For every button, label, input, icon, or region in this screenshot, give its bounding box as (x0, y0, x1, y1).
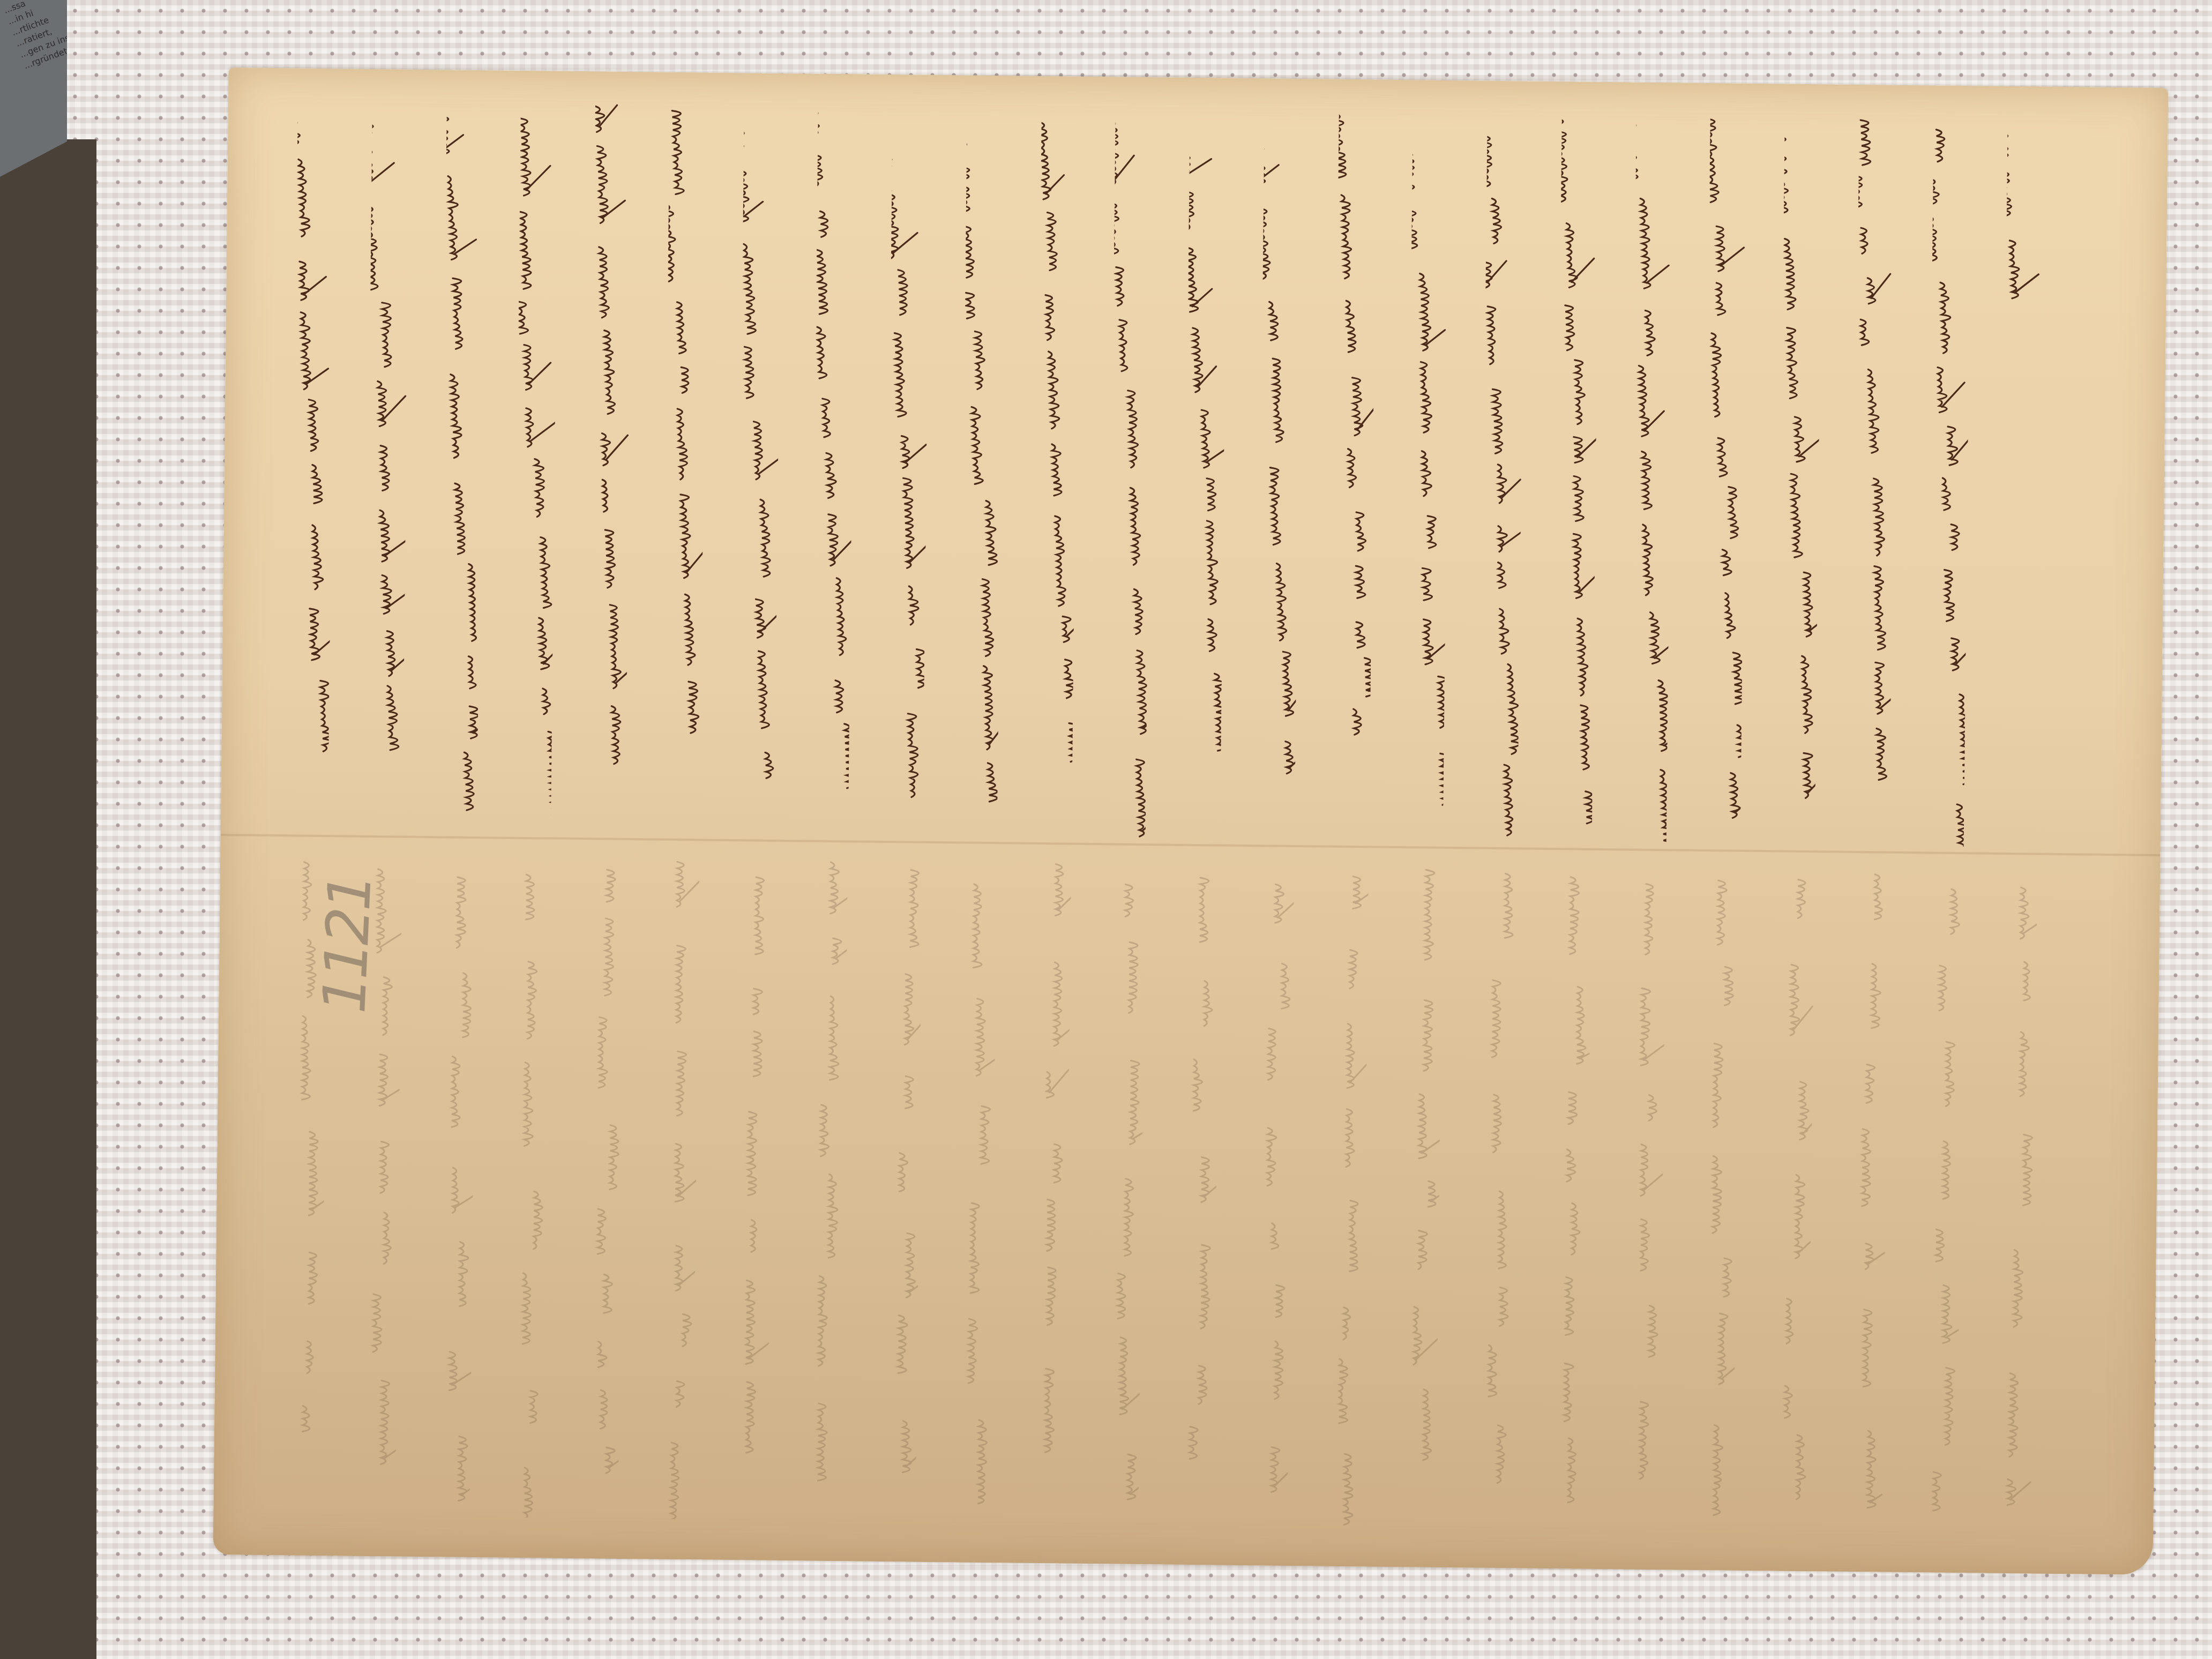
handwritten-line (439, 91, 484, 831)
handwritten-line (1406, 101, 1451, 841)
bleed-through-line (1775, 861, 1814, 1531)
handwritten-line (513, 92, 558, 832)
handwritten-line (290, 89, 335, 829)
handwritten-line (1926, 107, 1971, 847)
bleed-through-line (809, 851, 848, 1521)
handwritten-line (736, 94, 781, 834)
bleed-through-line (1403, 857, 1443, 1527)
bleed-through-line (1329, 856, 1369, 1527)
dark-table-surface (0, 139, 96, 1659)
handwritten-line (1108, 98, 1153, 838)
bleed-through-line (735, 850, 774, 1520)
bleed-through-line (1107, 854, 1146, 1524)
bleed-through-line (883, 851, 922, 1522)
handwritten-line (588, 93, 633, 833)
bleed-through-line (1998, 863, 2037, 1534)
handwritten-line (1554, 103, 1599, 843)
bleed-through-line (1850, 862, 1889, 1532)
handwritten-line (1777, 106, 1822, 846)
bleed-through-line (512, 848, 551, 1518)
bleed-through-line (1627, 860, 1666, 1530)
handwritten-line (1183, 99, 1228, 839)
handwritten-line (2000, 108, 2045, 848)
bleed-through-line (1478, 858, 1517, 1528)
letter-page: 1121 (213, 68, 2169, 1575)
bleed-through-line (437, 847, 476, 1517)
handwritten-line (1480, 102, 1525, 842)
handwritten-line (364, 91, 409, 831)
handwritten-line (1257, 100, 1302, 840)
handwritten-line (1331, 101, 1376, 841)
bleed-through-line (1255, 855, 1294, 1526)
handwritten-line (1034, 98, 1079, 838)
handwritten-line (1703, 104, 1748, 845)
handwritten-line (662, 94, 707, 834)
handwritten-line (1851, 106, 1896, 846)
bleed-through-line (586, 848, 625, 1519)
ink-bleed-through (283, 845, 2074, 1534)
bleed-through-line (1032, 853, 1071, 1523)
bleed-through-line (1701, 860, 1740, 1530)
bleed-through-line (1924, 862, 1963, 1533)
handwritten-line (885, 96, 930, 836)
bleed-through-line (1180, 855, 1220, 1525)
handwritten-text-block (290, 89, 2082, 848)
handwritten-line (1628, 104, 1673, 844)
bleed-through-line (958, 853, 997, 1523)
bleed-through-line (660, 849, 699, 1520)
handwritten-line (811, 95, 856, 835)
pencil-annotation: 1121 (310, 875, 384, 1014)
bleed-through-line (1552, 858, 1591, 1529)
handwritten-line (959, 97, 1004, 837)
